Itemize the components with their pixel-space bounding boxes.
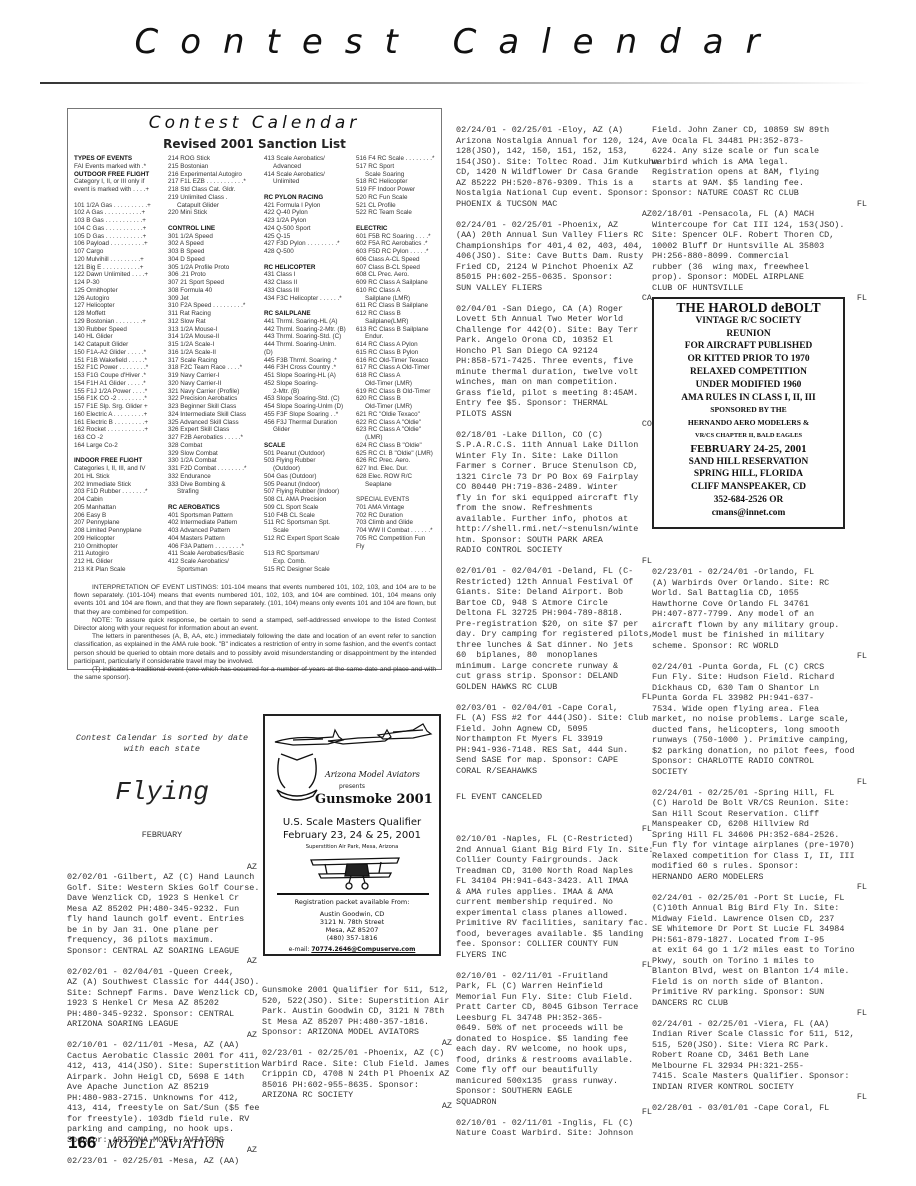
contact-block: Austin Goodwin, CD 3121 N. 78th Street M… [265, 910, 439, 942]
event-item: 313 1/2A Mouse-I [168, 326, 260, 334]
event-listing: 02/10/01 - 02/11/01 -Inglis, FL (C) Natu… [456, 1118, 652, 1139]
event-item: 301 1/2A Speed [168, 233, 260, 241]
state-label: FL [456, 824, 652, 835]
page-number: 166 [68, 1133, 96, 1152]
magazine-name: MODEL AVIATION [107, 1136, 225, 1151]
interpretation-notes: INTERPRETATION OF EVENT LISTINGS: 101-10… [74, 584, 436, 682]
event-item: 512 RC Expert Sport Scale [264, 535, 356, 543]
event-item: 505 Peanut (Indoor) [264, 481, 356, 489]
ad-line: RELAXED COMPETITION [654, 366, 843, 379]
state-label: AZ [456, 209, 652, 220]
event-item: 330 1/2A Combat [168, 457, 260, 465]
event-item: 619 RC Class B Old-Timer [356, 388, 440, 396]
event-dates: February 23, 24 & 25, 2001 [265, 830, 439, 841]
event-item: 217 F1L EZB . . . . . . . . . . .* [168, 178, 260, 186]
ad-line: FOR AIRCRAFT PUBLISHED [654, 340, 843, 353]
state-label: FL [652, 1092, 867, 1103]
event-item: 309 Jet [168, 295, 260, 303]
event-item: Categories I, II, III, and IV [74, 465, 162, 473]
state-label: FL [652, 882, 867, 893]
listing-group: Field. John Zaner CD, 10859 SW 89th Ave … [652, 125, 867, 304]
event-item: 2-Mtr. (B) [264, 388, 356, 396]
category-heading: SCALE [264, 442, 356, 450]
state-label: AZ [67, 1030, 257, 1041]
event-item: 518 RC Helicopter [356, 178, 440, 186]
event-listing: 02/18/01 -Lake Dillon, CO (C) S.P.A.R.C.… [456, 430, 652, 556]
event-listing: 02/24/01 - 02/25/01 -Phoenix, AZ (AA) 20… [456, 220, 652, 294]
event-listing: 02/28/01 - 03/01/01 -Cape Coral, FL [652, 1103, 867, 1114]
event-item: 206 Easy B [74, 512, 162, 520]
ad-line: VR/CS CHAPTER II, BALD EAGLES [654, 430, 843, 443]
event-item: 151 F1B Wakefield . . . . .* [74, 357, 162, 365]
event-item: 156 F1K CO -2 . . . . . . . .* [74, 395, 162, 403]
spacer [264, 186, 356, 194]
canceled-label: FL EVENT CANCELED [456, 792, 652, 803]
qualifier-label: U.S. Scale Masters Qualifier [265, 817, 439, 828]
middle-lower-listing-column: FL EVENT CANCELED FL02/10/01 -Naples, FL… [456, 771, 652, 1149]
event-item: 403 Advanced Pattern [168, 527, 260, 535]
event-listing: 02/24/01 -Punta Gorda, FL (C) CRCS Fun F… [652, 662, 867, 778]
event-item: 616 RC Old-Timer Texaco [356, 357, 440, 365]
event-item: Exp. Comb. [264, 558, 356, 566]
event-item: 162 Rocket . . . . . . . . . . .+ [74, 426, 162, 434]
event-item: 424 Q-500 Sport [264, 225, 356, 233]
event-item: Catapult Glider [168, 202, 260, 210]
page-footer: 166 MODEL AVIATION [68, 1133, 225, 1153]
event-item: 503 Flying Rubber [264, 457, 356, 465]
event-item: 422 Q-40 Pylon [264, 209, 356, 217]
event-item: 626 RC Prec. Aero. [356, 457, 440, 465]
event-item: Old-Timer (LMR) [356, 380, 440, 388]
spacer [74, 194, 162, 202]
club-name: Arizona Model Aviators [325, 770, 420, 779]
sanction-column-4: 516 F4 RC Scale . . . . . . . .*517 RC S… [356, 155, 440, 550]
event-item: 625 RC Cl. B "Oldie" (LMR) [356, 450, 440, 458]
event-item: 317 Scale Racing [168, 357, 260, 365]
event-item: 608 CL Prec. Aero. [356, 271, 440, 279]
event-item: Sportsman [168, 566, 260, 574]
event-item: 507 Flying Rubber (Indoor) [264, 488, 356, 496]
spacer [264, 434, 356, 442]
listing-group: FL02/10/01 -Naples, FL (C-Restricted) 2n… [456, 824, 652, 1139]
sanction-column-3: 413 Scale Aerobatics/Advanced414 Scale A… [264, 155, 356, 574]
event-item: 164 Large Co-2 [74, 442, 162, 450]
event-item: 219 Unlimited Class . [168, 194, 260, 202]
event-item: 213 Kit Plan Scale [74, 566, 162, 574]
event-item: 517 RC Sport [356, 163, 440, 171]
event-item: 129 Bostonian . . . . . . . .+ [74, 318, 162, 326]
sanction-column-1: TYPES OF EVENTSFAI Events marked with .*… [74, 155, 162, 574]
event-item: 302 A Speed [168, 240, 260, 248]
event-item: 402 Intermediate Pattern [168, 519, 260, 527]
event-listing: 02/10/01 - 02/11/01 -Fruitland Park, FL … [456, 971, 652, 1108]
event-item: 331 F2D Combat . . . . . . . .* [168, 465, 260, 473]
event-item: 611 RC Class B Sailplane [356, 302, 440, 310]
event-item: 702 RC Duration [356, 512, 440, 520]
event-item: 327 F2B Aerobatics . . . . .* [168, 434, 260, 442]
state-label: CO [456, 419, 652, 430]
event-item: 304 D Speed [168, 256, 260, 264]
ad-line: AMA RULES IN CLASS I, II, III [654, 392, 843, 405]
event-item: Scale Soaring [356, 171, 440, 179]
event-item: 152 F1C Power . . . . . . . .* [74, 364, 162, 372]
event-item: 319 Navy Carrier-I [168, 372, 260, 380]
event-item: Old-Timer (LMR) [356, 403, 440, 411]
state-label: CA [456, 293, 652, 304]
event-item: 515 RC Designer Scale [264, 566, 356, 574]
event-item: 704 WW II Combat . . . . . .* [356, 527, 440, 535]
event-item: 305 1/2A Profile Proto [168, 264, 260, 272]
ad-line: REUNION [654, 328, 843, 341]
event-item: 411 Scale Aerobatics/Basic [168, 550, 260, 558]
state-label: AZ [262, 1101, 452, 1112]
middle-listing-column: 02/24/01 - 02/25/01 -Eloy, AZ (A) Arizon… [456, 104, 652, 787]
event-item: 154 F1H A1 Glider . . . . .* [74, 380, 162, 388]
category-heading: CONTROL LINE [168, 225, 260, 233]
event-item: 444 Thrml. Soaring-Unlm. [264, 341, 356, 349]
event-item: 207 Pennyplane [74, 519, 162, 527]
event-item: 204 Cabin [74, 496, 162, 504]
state-label: FL [652, 1008, 867, 1019]
sanction-list-box: Contest Calendar Revised 2001 Sanction L… [67, 108, 442, 670]
event-item: 316 1/2A Scale-II [168, 349, 260, 357]
event-item: 127 Helicopter [74, 302, 162, 310]
event-item: Glider [264, 426, 356, 434]
right-lower-listing-column: 02/23/01 - 02/24/01 -Orlando, FL (A) War… [652, 546, 867, 1124]
event-item: 445 F3B Thrml. Soaring .* [264, 357, 356, 365]
ad-line: SPRING HILL, FLORIDA [654, 468, 843, 481]
event-item: 128 Moffett [74, 310, 162, 318]
event-item: 322 Precision Aerobatics [168, 395, 260, 403]
event-item: 307 21 Sport Speed [168, 279, 260, 287]
event-item: 130 Rubber Speed [74, 326, 162, 334]
spacer [264, 302, 356, 310]
spacer [74, 450, 162, 458]
event-item: 521 CL Profile [356, 202, 440, 210]
category-heading: RC AEROBATICS [168, 504, 260, 512]
event-item: 315 1/2A Scale-I [168, 341, 260, 349]
section-heading: Flying [67, 775, 257, 809]
event-item: 618 RC Class A [356, 372, 440, 380]
event-item: 454 Slope Soaring-Unlm (D) [264, 403, 356, 411]
event-item: 102 A Gas . . . . . . . . . . .+ [74, 209, 162, 217]
event-item: event is marked with . . . .+ [74, 186, 162, 194]
event-item: 406 F3A Pattern . . . . . . . .* [168, 543, 260, 551]
contact-street: 3121 N. 78th Street [265, 918, 439, 926]
event-item: 208 Limited Pennyplane [74, 527, 162, 535]
event-item: 153 F1G Coupe d'Hiver .* [74, 372, 162, 380]
spacer [168, 496, 260, 504]
event-item: 220 Mini Stick [168, 209, 260, 217]
event-item: 701 AMA Vintage [356, 504, 440, 512]
event-item: 412 Scale Aerobatics/ [168, 558, 260, 566]
event-item: 520 RC Fun Scale [356, 194, 440, 202]
event-item: 103 B Gas . . . . . . . . . . .+ [74, 217, 162, 225]
event-item: 613 RC Class B Sailplane [356, 326, 440, 334]
event-item: 603 F5D RC Pylon . . . . .* [356, 248, 440, 256]
event-listing: 02/02/01 -Gilbert, AZ (C) Hand Launch Go… [67, 872, 257, 956]
event-item: 510 F4B CL Scale [264, 512, 356, 520]
event-item: 122 Dawn Unlimited . . . .+ [74, 271, 162, 279]
listing-group: AZ02/02/01 -Gilbert, AZ (C) Hand Launch … [67, 862, 257, 1167]
ad-line: VINTAGE R/C SOCIETY [654, 315, 843, 328]
event-item: 203 F1D Rubber . . . . . . .* [74, 488, 162, 496]
event-item: 101 1/2A Gas . . . . . . . . . .+ [74, 202, 162, 210]
event-item: Strafing [168, 488, 260, 496]
event-item: 617 RC Class A Old-Timer [356, 364, 440, 372]
contact-city: Mesa, AZ 85207 [265, 926, 439, 934]
ad-line: SAND HILL RESERVATION [654, 456, 843, 469]
spacer [264, 256, 356, 264]
gunsmoke-listing-column: Gunsmoke 2001 Qualifier for 511, 512, 52… [262, 964, 452, 1122]
event-item: 423 1/2A Pylon [264, 217, 356, 225]
classification-paragraph: The letters in parentheses (A, B, AA, et… [74, 633, 436, 666]
ad-line: HERNANDO AERO MODELERS & [654, 417, 843, 430]
event-item: 126 Autogiro [74, 295, 162, 303]
event-item: 511 RC Sportsman Spt. [264, 519, 356, 527]
event-item: 306 .21 Proto [168, 271, 260, 279]
event-item: 602 F5A RC Aerobatics .* [356, 240, 440, 248]
event-item: 140 HL Glider [74, 333, 162, 341]
event-item: 612 RC Class B [356, 310, 440, 318]
state-label: FL [652, 199, 867, 210]
email-label: e-mail: [289, 946, 310, 953]
event-item: 431 Class I [264, 271, 356, 279]
event-item: 214 ROG Stick [168, 155, 260, 163]
event-item: 201 HL Stick [74, 473, 162, 481]
event-listing: 02/23/01 - 02/25/01 -Phoenix, AZ (C) War… [262, 1048, 452, 1101]
state-label: FL [456, 960, 652, 971]
event-item: 106 Payload . . . . . . . . . .+ [74, 240, 162, 248]
event-item: FAI Events marked with .* [74, 163, 162, 171]
event-item: 329 Slow Combat [168, 450, 260, 458]
event-item: 210 Ornithopter [74, 543, 162, 551]
category-heading: RC HELICOPTER [264, 264, 356, 272]
category-heading: ELECTRIC [356, 225, 440, 233]
event-item: 446 F3H Cross Country .* [264, 364, 356, 372]
event-listing: 02/24/01 - 02/25/01 -Spring Hill, FL (C)… [652, 788, 867, 883]
gunsmoke-advertisement: Arizona Model Aviators presents Gunsmoke… [263, 714, 441, 956]
title-rule [40, 82, 870, 84]
ad-line: FEBRUARY 24-25, 2001 [654, 443, 843, 456]
event-item: 509 CL Sport Scale [264, 504, 356, 512]
event-item: 414 Scale Aerobatics/ [264, 171, 356, 179]
event-listing: 02/24/01 - 02/25/01 -Eloy, AZ (A) Arizon… [456, 125, 652, 209]
event-listing: 02/10/01 - 02/11/01 -Mesa, AZ (AA) Cactu… [67, 1040, 257, 1145]
spacer [168, 217, 260, 225]
event-item: 325 Advanced Skill Class [168, 419, 260, 427]
event-item: 308 Formula 40 [168, 287, 260, 295]
event-item: 202 Immediate Stick [74, 481, 162, 489]
event-item: 442 Thrml. Soaring-2-Mtr. (B) [264, 326, 356, 334]
event-item: 443 Thrml. Soaring-Std. (C) [264, 333, 356, 341]
event-item: Scale [264, 527, 356, 535]
presents-label: presents [265, 783, 439, 790]
sanction-column-2: 214 ROG Stick215 Bostonian216 Experiment… [168, 155, 260, 574]
event-item: 504 Gas (Outdoor) [264, 473, 356, 481]
event-item: Advanced [264, 163, 356, 171]
registration-label: Registration packet available From: [265, 898, 439, 906]
spacer [264, 543, 356, 551]
event-item: Fly [356, 543, 440, 551]
event-item: 312 Slow Rat [168, 318, 260, 326]
state-label: AZ [67, 956, 257, 967]
event-item: Seaplane [356, 481, 440, 489]
sanction-list-title: Contest Calendar [68, 113, 441, 133]
category-heading: INDOOR FREE FLIGHT [74, 457, 162, 465]
event-item: 432 Class II [264, 279, 356, 287]
listing-group: 02/24/01 - 02/25/01 -Eloy, AZ (A) Arizon… [456, 125, 652, 776]
spacer [356, 217, 440, 225]
sort-note: Contest Calendar is sorted by date with … [67, 733, 257, 754]
left-listing-column: Contest Calendar is sorted by date with … [67, 712, 257, 1177]
event-item: 441 Thrml. Soaring-HL (A) [264, 318, 356, 326]
sanction-list-subtitle: Revised 2001 Sanction List [68, 137, 441, 151]
event-item: 452 Slope Soaring- [264, 380, 356, 388]
event-item: 332 Endurance [168, 473, 260, 481]
event-item: Category I, II, or III only if [74, 178, 162, 186]
event-item: 326 Expert Skill Class [168, 426, 260, 434]
state-label: FL [456, 556, 652, 567]
contact-phone: (480) 357-1816 [265, 934, 439, 942]
month-label: FEBRUARY [67, 830, 257, 841]
event-item: 413 Scale Aerobatics/ [264, 155, 356, 163]
event-item: 104 C Gas . . . . . . . . . . .+ [74, 225, 162, 233]
email-link[interactable]: 70774.2646@Compuserve.com [311, 946, 415, 953]
state-label: FL [456, 1107, 652, 1118]
event-item: 215 Bostonian [168, 163, 260, 171]
listing-group: 02/23/01 - 02/24/01 -Orlando, FL (A) War… [652, 567, 867, 1113]
event-item: 107 Cargo [74, 248, 162, 256]
event-item: 401 Sportsman Pattern [168, 512, 260, 520]
ad-line: OR KITTED PRIOR TO 1970 [654, 353, 843, 366]
event-item: 609 RC Class A Sailplane [356, 279, 440, 287]
email-line: e-mail: 70774.2646@Compuserve.com [265, 946, 439, 953]
event-item: 621 RC "Oldie Texaco" [356, 411, 440, 419]
traditional-paragraph: (T) indicates a traditional event (one w… [74, 666, 436, 682]
spacer [356, 488, 440, 496]
event-item: 318 F2C Team Race . . . .* [168, 364, 260, 372]
ad-line: THE HAROLD deBOLT [654, 302, 843, 315]
event-item: 601 F5B RC Soaring . . . .* [356, 233, 440, 241]
event-site: Superstition Air Park, Mesa, Arizona [265, 844, 439, 850]
event-item: 218 Std Class Cat. Gldr. [168, 186, 260, 194]
event-listing: 02/23/01 - 02/24/01 -Orlando, FL (A) War… [652, 567, 867, 651]
event-item: 705 RC Competition Fun [356, 535, 440, 543]
event-listing: Field. John Zaner CD, 10859 SW 89th Ave … [652, 125, 867, 199]
event-item: Sailplane(LMR) [356, 318, 440, 326]
state-label: FL [652, 777, 867, 788]
event-item: SPECIAL EVENTS [356, 496, 440, 504]
event-name: Gunsmoke 2001 [315, 792, 433, 807]
event-item: Unlimited [264, 178, 356, 186]
biplane-icon [309, 854, 401, 892]
event-listing: 02/04/01 -San Diego, CA (A) Roger Lovett… [456, 304, 652, 420]
event-listing: 02/24/01 - 02/25/01 -Viera, FL (AA) Indi… [652, 1019, 867, 1093]
event-item: 163 CO -2 [74, 434, 162, 442]
event-listing: 02/23/01 - 02/25/01 -Mesa, AZ (AA) [67, 1156, 257, 1167]
event-item: 323 Beginner Skill Class [168, 403, 260, 411]
event-item: 519 FF Indoor Power [356, 186, 440, 194]
event-item: 303 B Speed [168, 248, 260, 256]
right-listing-column: Field. John Zaner CD, 10859 SW 89th Ave … [652, 104, 867, 314]
event-item: 121 Big E . . . . . . . . . . .+ [74, 264, 162, 272]
event-item: 105 D Gas . . . . . . . . . . .+ [74, 233, 162, 241]
event-item: Sailplane (LMR) [356, 295, 440, 303]
event-item: 624 RC Class B "Oldie" [356, 442, 440, 450]
event-item: 311 Rat Racing [168, 310, 260, 318]
event-item: 150 F1A-A2 Glider . . . . .* [74, 349, 162, 357]
event-item: 328 Combat [168, 442, 260, 450]
event-item: 703 Climb and Glide [356, 519, 440, 527]
category-heading: OUTDOOR FREE FLIGHT [74, 171, 162, 179]
event-item: 610 RC Class A [356, 287, 440, 295]
event-listing: 02/01/01 - 02/04/01 -Deland, FL (C- Rest… [456, 566, 652, 692]
event-item: 427 F3D Pylon . . . . . . . . .* [264, 240, 356, 248]
event-item: 614 RC Class A Pylon [356, 341, 440, 349]
event-item: 615 RC Class B Pylon [356, 349, 440, 357]
event-item: 321 Navy Carrier (Profile) [168, 388, 260, 396]
event-item: 620 RC Class B [356, 395, 440, 403]
club-emblem-icon [273, 750, 321, 802]
category-heading: RC PYLON RACING [264, 194, 356, 202]
event-item: 157 F1E Slp. Srg. Glider + [74, 403, 162, 411]
interpretation-paragraph: INTERPRETATION OF EVENT LISTINGS: 101-10… [74, 584, 436, 617]
event-item: 142 Catapult Glider [74, 341, 162, 349]
event-item: 161 Electric B . . . . . . . . .+ [74, 419, 162, 427]
event-item: 404 Masters Pattern [168, 535, 260, 543]
ad-line: UNDER MODIFIED 1960 [654, 379, 843, 392]
event-item: 456 F3J Thermal Duration [264, 419, 356, 427]
event-item: 421 Formula I Pylon [264, 202, 356, 210]
event-item: 425 Q-15 [264, 233, 356, 241]
event-item: 516 F4 RC Scale . . . . . . . .* [356, 155, 440, 163]
event-listing: 02/24/01 - 02/25/01 -Port St Lucie, FL (… [652, 893, 867, 1009]
event-listing: 02/02/01 - 02/04/01 -Queen Creek, AZ (A)… [67, 967, 257, 1030]
event-item: 120 Mulvihill . . . . . . . . .+ [74, 256, 162, 264]
event-item: 155 F1J 1/2A Power . . . .* [74, 388, 162, 396]
page-title: Contest Calendar [0, 22, 916, 62]
event-item: 212 HL Glider [74, 558, 162, 566]
event-item: 209 Helicopter [74, 535, 162, 543]
ad-line: CLIFF MANSPEAKER, CD [654, 481, 843, 494]
contact-name: Austin Goodwin, CD [265, 910, 439, 918]
event-item: 428 Q-500 [264, 248, 356, 256]
event-item: 160 Electric A . . . . . . . . .+ [74, 411, 162, 419]
event-item: 628 Elec. ROW R/C [356, 473, 440, 481]
ad-line: cmans@innet.com [654, 507, 843, 520]
event-listing: 02/03/01 - 02/04/01 -Cape Coral, FL (A) … [456, 703, 652, 777]
event-item: 522 RC Team Scale [356, 209, 440, 217]
event-item: 451 Slope Soaring-HL (A) [264, 372, 356, 380]
event-item: (D) [264, 349, 356, 357]
event-item: 622 RC Class A "Oldie" [356, 419, 440, 427]
ad-line: 352-684-2526 OR [654, 494, 843, 507]
event-item: 211 Autogiro [74, 550, 162, 558]
event-listing: Gunsmoke 2001 Qualifier for 511, 512, 52… [262, 985, 452, 1038]
event-item: 606 Class A-CL Speed [356, 256, 440, 264]
event-item: (Outdoor) [264, 465, 356, 473]
debolt-reunion-advertisement: THE HAROLD deBOLTVINTAGE R/C SOCIETYREUN… [652, 297, 845, 529]
event-item: 320 Navy Carrier-II [168, 380, 260, 388]
event-item: 434 F3C Helicopter . . . . . .* [264, 295, 356, 303]
event-item: 125 Ornithopter [74, 287, 162, 295]
event-item: 205 Manhattan [74, 504, 162, 512]
event-item: (LMR) [356, 434, 440, 442]
category-heading: TYPES OF EVENTS [74, 155, 162, 163]
state-label: AZ [262, 1038, 452, 1049]
event-item: 627 Ind. Elec. Dur. [356, 465, 440, 473]
